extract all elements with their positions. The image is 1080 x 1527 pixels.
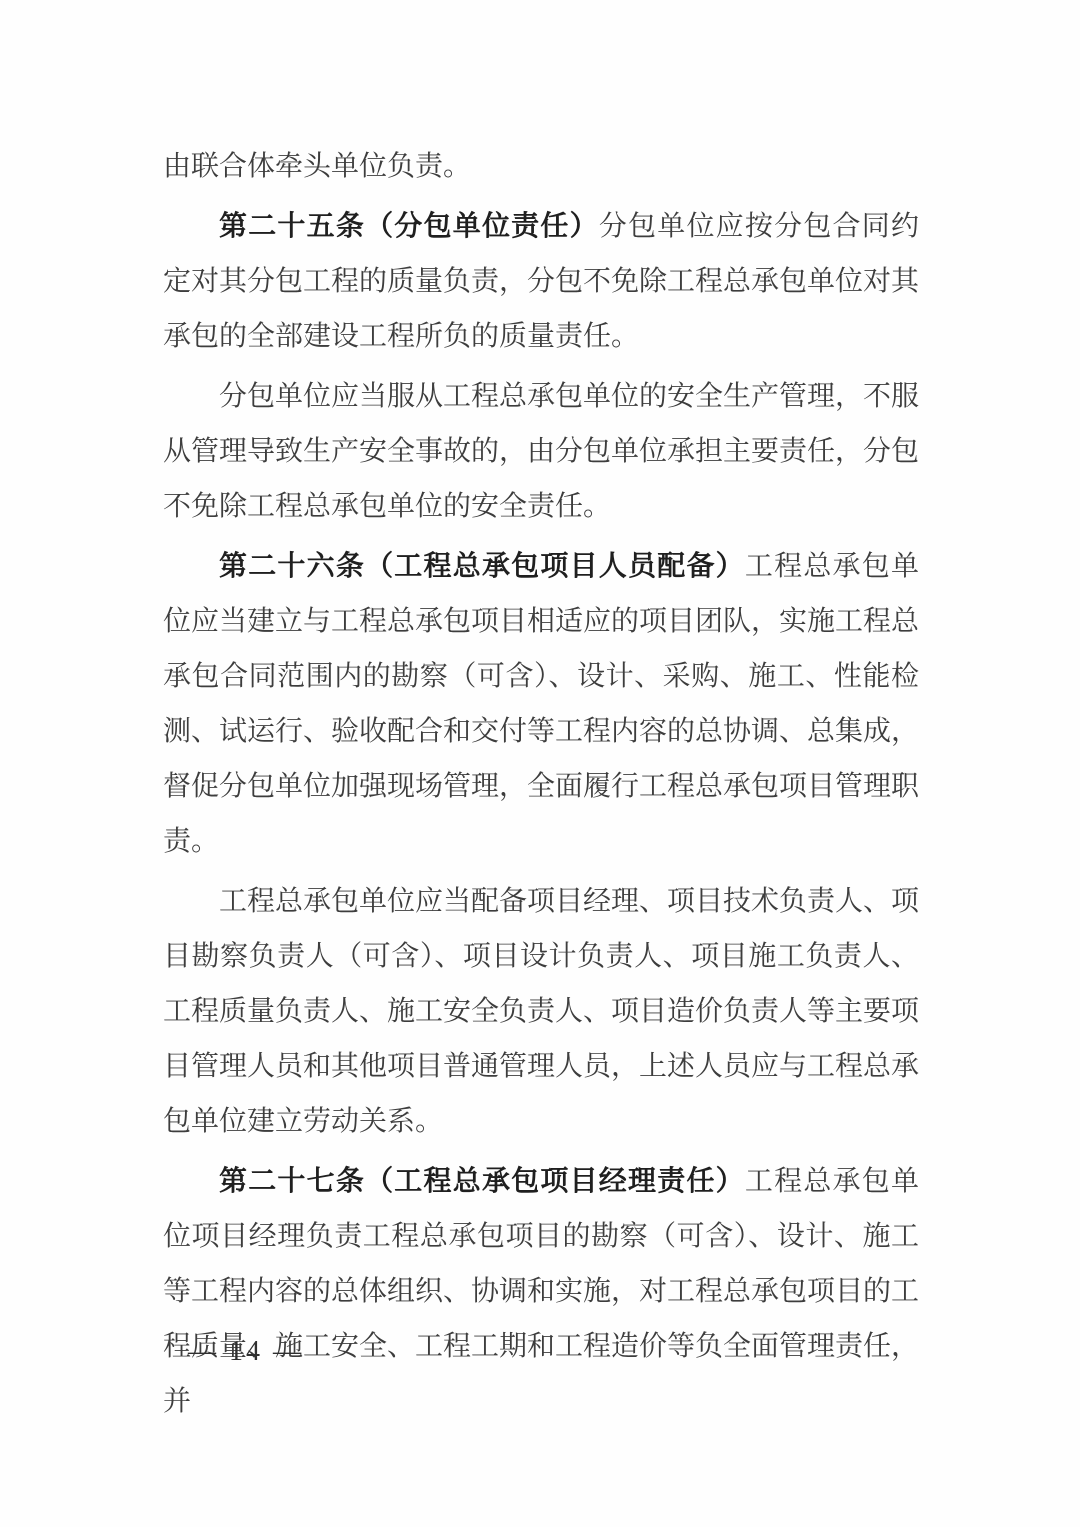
- paragraph: 第二十七条（工程总承包项目经理责任）工程总承包单位项目经理负责工程总承包项目的勘…: [163, 1154, 919, 1429]
- paragraph: 工程总承包单位应当配备项目经理、项目技术负责人、项目勘察负责人（可含）、项目设计…: [163, 874, 919, 1149]
- body-text: 工程总承包单位应当建立与工程总承包项目相适应的项目团队，实施工程总承包合同范围内…: [163, 551, 919, 857]
- paragraph: 第二十五条（分包单位责任）分包单位应按分包合同约定对其分包工程的质量负责，分包不…: [163, 199, 919, 364]
- article-heading: 第二十七条（工程总承包项目经理责任）: [219, 1166, 745, 1197]
- body-text: 工程总承包单位应当配备项目经理、项目技术负责人、项目勘察负责人（可含）、项目设计…: [163, 886, 919, 1137]
- article-heading: 第二十六条（工程总承包项目人员配备）: [219, 551, 745, 582]
- paragraph: 由联合体牵头单位负责。: [163, 139, 919, 194]
- body-text: 工程总承包单位项目经理负责工程总承包项目的勘察（可含）、设计、施工等工程内容的总…: [163, 1166, 919, 1417]
- document-body: 由联合体牵头单位负责。第二十五条（分包单位责任）分包单位应按分包合同约定对其分包…: [163, 139, 919, 1434]
- body-text: 由联合体牵头单位负责。: [163, 151, 471, 182]
- body-text: 分包单位应当服从工程总承包单位的安全生产管理，不服从管理导致生产安全事故的，由分…: [163, 381, 919, 522]
- paragraph: 分包单位应当服从工程总承包单位的安全生产管理，不服从管理导致生产安全事故的，由分…: [163, 369, 919, 534]
- page-footer: — 14 —: [188, 1335, 304, 1369]
- paragraph: 第二十六条（工程总承包项目人员配备）工程总承包单位应当建立与工程总承包项目相适应…: [163, 539, 919, 869]
- article-heading: 第二十五条（分包单位责任）: [219, 211, 599, 242]
- document-page: 由联合体牵头单位负责。第二十五条（分包单位责任）分包单位应按分包合同约定对其分包…: [0, 0, 1080, 1527]
- page-number: — 14 —: [188, 1336, 304, 1367]
